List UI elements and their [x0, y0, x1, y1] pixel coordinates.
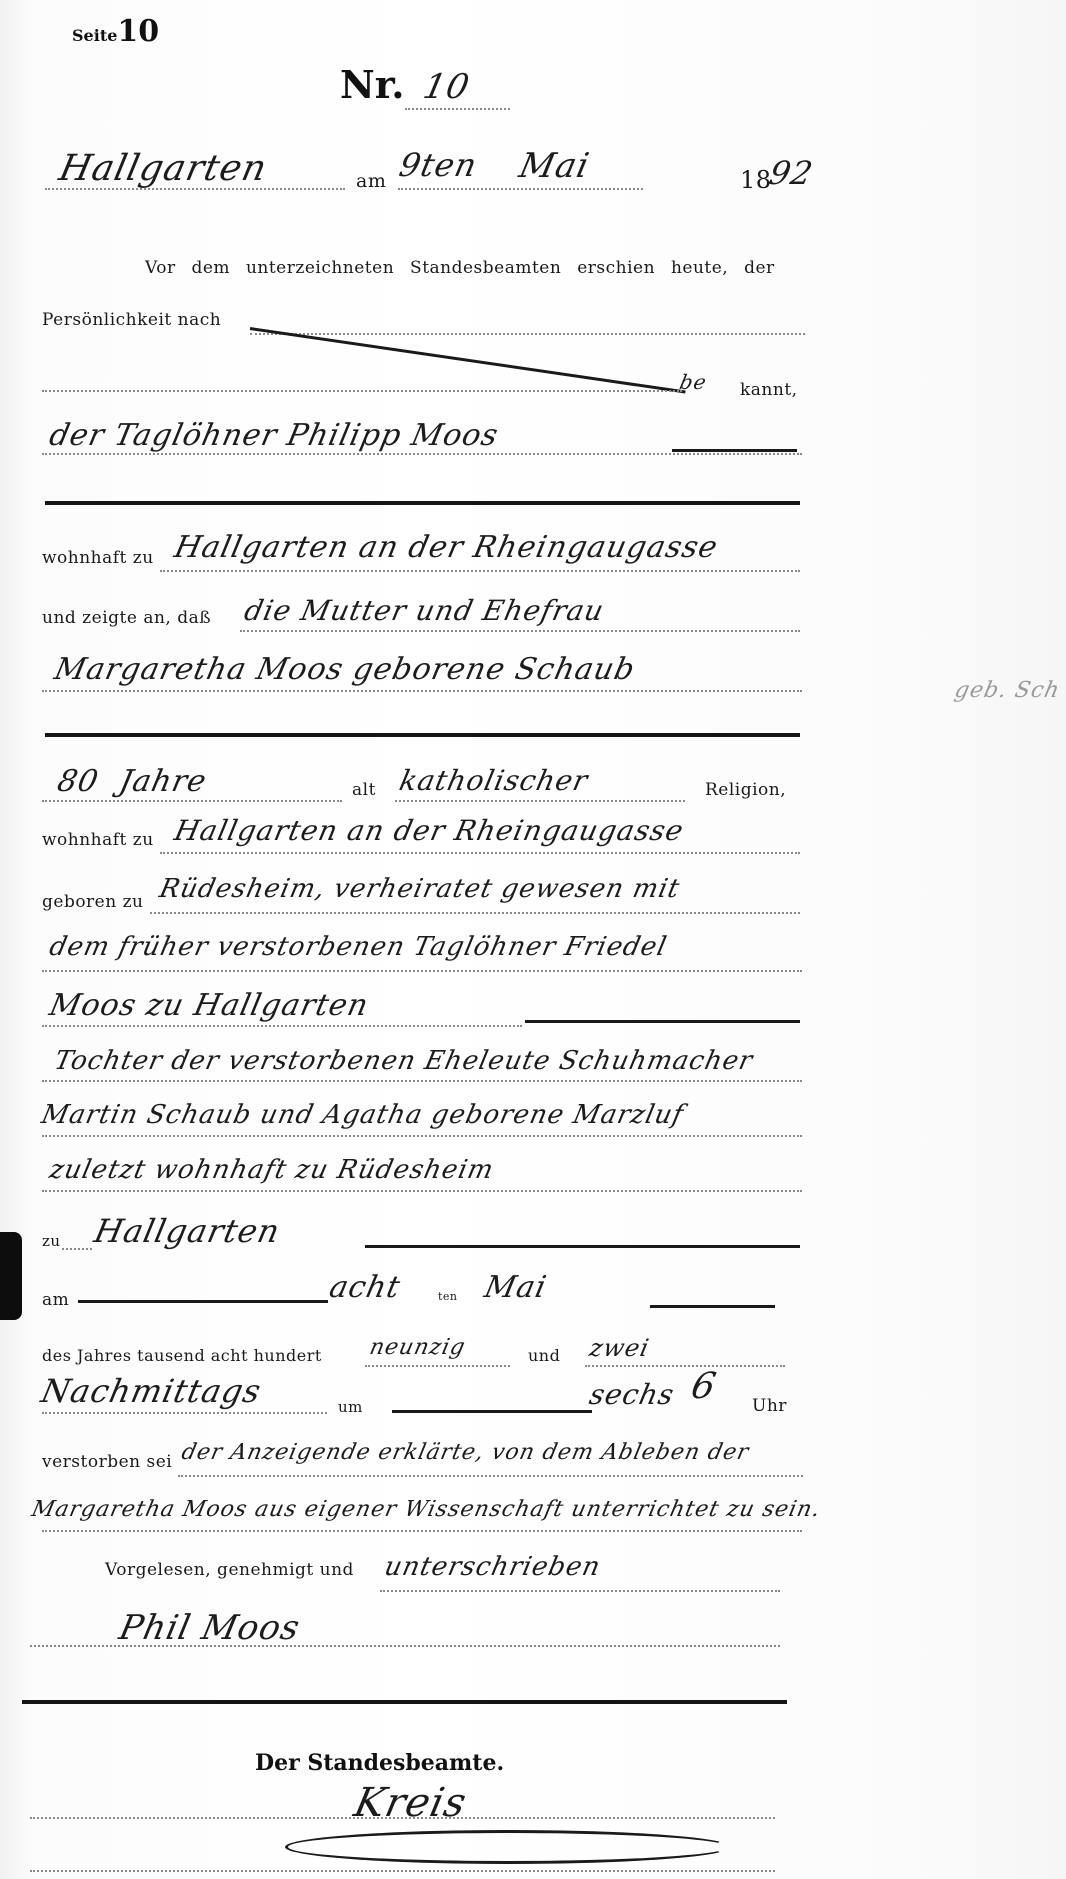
birth-line-2 [42, 970, 802, 972]
margin-note: geb. Sch [952, 678, 1062, 703]
death-time-label: um [338, 1398, 363, 1416]
death-year-label: des Jahres tausend acht hundert [42, 1346, 322, 1365]
deceased-name: Margaretha Moos geborene Schaub [51, 652, 638, 687]
death-day: acht [326, 1270, 404, 1305]
birth-text-1: Rüdesheim, verheiratet gewesen mit [157, 874, 683, 904]
official-title: Der Standesbeamte. [255, 1750, 504, 1776]
parents-line-2 [42, 1135, 802, 1137]
date-line [398, 188, 643, 190]
page-number-value: 10 [117, 14, 159, 49]
informant-end-stroke [672, 449, 797, 452]
section-rule-3 [22, 1700, 787, 1704]
death-year-tens-line [365, 1365, 510, 1367]
parents-text-2: Martin Schaub und Agatha geborene Marzlu… [39, 1100, 687, 1130]
birth-end-stroke [525, 1020, 800, 1023]
announcement-line-2 [42, 690, 802, 692]
read-approved-value: unterschrieben [382, 1552, 604, 1582]
strike-through-line [250, 327, 686, 393]
announcement-line-1 [240, 630, 800, 632]
death-place-end-stroke [365, 1245, 800, 1248]
registration-place: Hallgarten [56, 148, 271, 189]
deceased-residence-label: wohnhaft zu [42, 830, 154, 850]
parents-line-1 [42, 1080, 802, 1082]
time-of-day-line [42, 1412, 327, 1414]
birth-label: geboren zu [42, 892, 144, 912]
death-month-end-stroke [650, 1305, 775, 1308]
section-rule-2 [45, 733, 800, 737]
death-date-label: am [42, 1290, 69, 1310]
deceased-residence: Hallgarten an der Rheingaugasse [171, 814, 686, 847]
death-place-label: zu [42, 1232, 61, 1250]
birth-line-3 [42, 1025, 522, 1027]
register-page: Seite10 Nr. 10 Hallgarten am 9ten Mai 18… [0, 0, 1066, 1879]
page-number: Seite10 [72, 14, 159, 49]
death-time-stroke [392, 1410, 592, 1413]
section-rule-1 [45, 501, 800, 505]
informant-residence-label: wohnhaft zu [42, 548, 154, 568]
birth-line-1 [150, 912, 800, 914]
kannt-line [42, 390, 682, 392]
record-label: Nr. [340, 62, 405, 107]
record-number-value: 10 [419, 67, 473, 107]
age-line [42, 800, 342, 802]
read-approved-line [380, 1590, 780, 1592]
declaration-text-2: Margaretha Moos aus eigener Wissenschaft… [29, 1497, 823, 1522]
death-place-line [62, 1248, 92, 1250]
informant-residence-line [160, 570, 800, 572]
announcement-label: und zeigte an, daß [42, 608, 211, 628]
informant-line [42, 453, 802, 455]
registration-year-suffix: 92 [766, 154, 817, 192]
signature-flourish [285, 1830, 731, 1864]
alt-label: alt [352, 780, 376, 800]
informant-signature: Phil Moos [116, 1608, 304, 1648]
death-hour-digit: 6 [688, 1366, 721, 1407]
death-month-prefix: ten [438, 1290, 458, 1303]
death-place: Hallgarten [91, 1212, 284, 1250]
registration-day: 9ten [396, 146, 481, 184]
deceased-residence-line [160, 852, 800, 854]
informant-residence: Hallgarten an der Rheingaugasse [171, 530, 721, 565]
official-signature: Kreis [350, 1780, 471, 1826]
deceased-religion: katholischer [396, 764, 591, 797]
kannt-label: kannt, [740, 380, 798, 400]
religion-label: Religion, [705, 780, 786, 800]
death-time-of-day: Nachmittags [38, 1372, 265, 1410]
declaration-text-1: der Anzeigende erklärte, von dem Ableben… [179, 1440, 751, 1465]
uhr-label: Uhr [752, 1396, 787, 1416]
death-year-units-line [585, 1365, 785, 1367]
death-year-units: zwei [587, 1334, 652, 1362]
birth-text-2: dem früher verstorbenen Taglöhner Friede… [47, 932, 670, 962]
am-label: am [356, 170, 386, 192]
registration-month: Mai [516, 146, 593, 186]
age-unit: Jahre [116, 764, 210, 799]
parents-text-3: zuletzt wohnhaft zu Rüdesheim [47, 1155, 497, 1185]
death-date-pre-stroke [78, 1300, 328, 1303]
deceased-age: 80 [54, 764, 102, 799]
binding-shadow [0, 1232, 22, 1320]
record-number-line [405, 108, 510, 110]
declaration-line-1 [178, 1475, 803, 1477]
intro-line: Vor dem unterzeichneten Standesbeamten e… [145, 258, 775, 278]
informant-name: der Taglöhner Philipp Moos [46, 418, 501, 453]
parents-text-1: Tochter der verstorbenen Eheleute Schuhm… [52, 1046, 756, 1076]
read-approved-label: Vorgelesen, genehmigt und [105, 1560, 354, 1580]
death-hour: sechs [586, 1378, 677, 1411]
death-month: Mai [481, 1270, 550, 1305]
official-signature-line-2 [30, 1870, 775, 1872]
parents-line-3 [42, 1190, 802, 1192]
birth-text-3: Moos zu Hallgarten [46, 988, 372, 1023]
death-year-und-label: und [528, 1346, 560, 1365]
announcement-value-1: die Mutter und Ehefrau [241, 594, 607, 627]
religion-line [395, 800, 685, 802]
record-number: Nr. 10 [340, 62, 469, 107]
declaration-line-2 [42, 1530, 802, 1532]
death-year-tens: neunzig [367, 1335, 468, 1360]
personal-knowledge-line [250, 333, 805, 335]
verstorben-label: verstorben sei [42, 1452, 172, 1472]
personal-knowledge-label: Persönlichkeit nach [42, 310, 221, 330]
page-label: Seite [72, 26, 117, 45]
kannt-prefix: be [677, 370, 709, 394]
